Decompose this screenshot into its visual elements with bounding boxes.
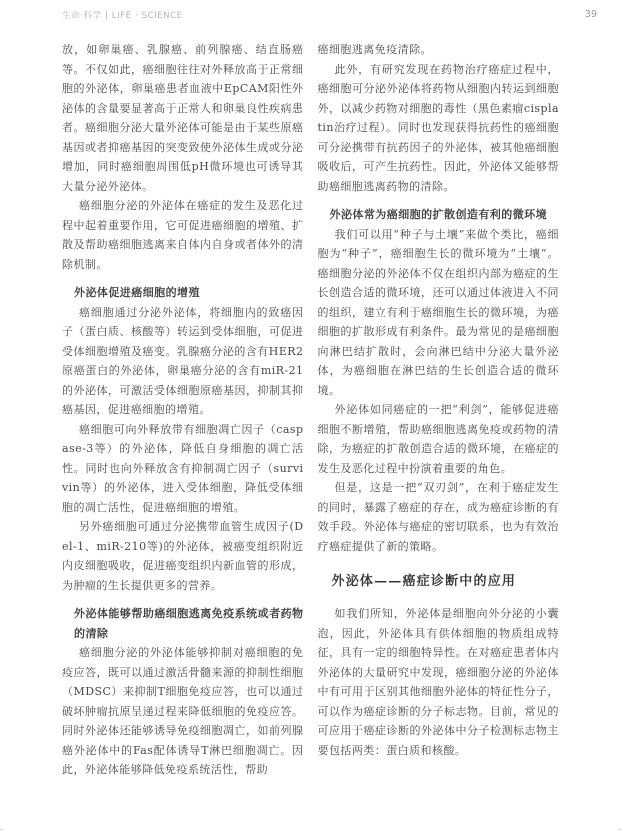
section-heading: 外泌体——癌症诊断中的应用: [318, 572, 560, 591]
paragraph: 外泌体如同癌症的一把“利剑”，能够促进癌细胞不断增殖，帮助癌细胞逃离免疫或药物的…: [318, 400, 560, 478]
subheading: 外泌体常为癌细胞的扩散创造有利的微环境: [318, 205, 560, 225]
subheading: 外泌体促进癌细胞的增殖: [62, 283, 304, 303]
magazine-page: { "header": { "left": "生命·科学 | LIFE · SC…: [0, 0, 621, 839]
paragraph: 如我们所知，外泌体是细胞向外分泌的小囊泡，因此，外泌体具有供体细胞的物质组成特征…: [318, 604, 560, 760]
text-column-right: 癌细胞逃离免疫清除。此外，有研究发现在药物治疗癌症过程中，癌细胞可分泌外泌体将药…: [318, 40, 560, 780]
text-column-left: 放，如卵巢癌、乳腺癌、前列腺癌、结直肠癌等。不仅如此，癌细胞往往对外释放高于正常…: [62, 40, 304, 780]
article-body: 放，如卵巢癌、乳腺癌、前列腺癌、结直肠癌等。不仅如此，癌细胞往往对外释放高于正常…: [62, 40, 559, 780]
paragraph: 我们可以用“种子与土壤”来做个类比，癌细胞为“种子”，癌细胞生长的微环境为“土壤…: [318, 225, 560, 401]
subheading: 外泌体能够帮助癌细胞逃离免疫系统或者药物的清除: [62, 604, 304, 643]
paragraph: 另外癌细胞可通过分泌携带血管生成因子(Del-1、miR-210等)的外泌体，被…: [62, 517, 304, 595]
page-number: 39: [585, 9, 597, 20]
paragraph: 癌细胞通过分泌外泌体，将细胞内的致癌因子（蛋白质、核酸等）转运到受体细胞，可促进…: [62, 303, 304, 420]
paragraph: 但是，这是一把“双刃剑”，在利于癌症发生的同时，暴露了癌症的存在，成为癌症诊断的…: [318, 478, 560, 556]
paragraph: 癌细胞分泌的外泌体能够抑制对癌细胞的免疫应答，既可以通过激活骨髓来源的抑制性细胞…: [62, 643, 304, 780]
crop-mark: [0, 829, 3, 830]
page-header: 生命·科学 | LIFE · SCIENCE 39: [62, 9, 597, 21]
paragraph: 此外，有研究发现在药物治疗癌症过程中，癌细胞可分泌外泌体将药物从细胞内转运到细胞…: [318, 60, 560, 197]
paragraph: 癌细胞分泌的外泌体在癌症的发生及恶化过程中起着重要作用，它可促进癌细胞的增殖、扩…: [62, 196, 304, 274]
paragraph: 癌细胞逃离免疫清除。: [318, 40, 560, 60]
running-head: 生命·科学 | LIFE · SCIENCE: [62, 9, 183, 21]
paragraph: 放，如卵巢癌、乳腺癌、前列腺癌、结直肠癌等。不仅如此，癌细胞往往对外释放高于正常…: [62, 40, 304, 196]
paragraph: 癌细胞可向外释放带有细胞凋亡因子（caspase-3等）的外泌体，降低自身细胞的…: [62, 420, 304, 518]
